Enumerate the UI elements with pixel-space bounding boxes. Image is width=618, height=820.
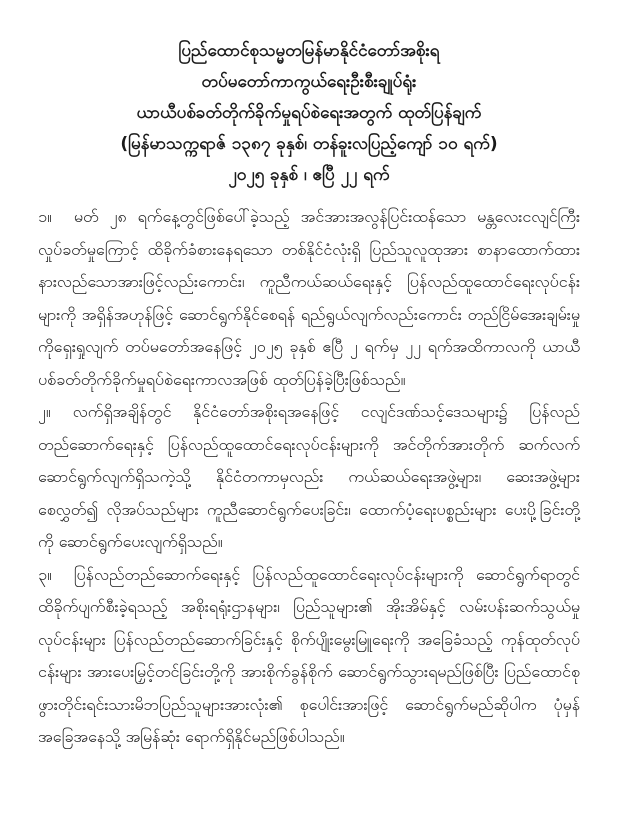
paragraph-2-text: လက်ရှိအချိန်တွင် နိုင်ငံတော်အစိုးရအနေဖြင… bbox=[38, 402, 580, 551]
paragraph-3-number: ၃။ bbox=[38, 559, 52, 592]
government-title: ပြည်ထောင်စုသမ္မတမြန်မာနိုင်ငံတော်အစိုးရ bbox=[38, 36, 580, 67]
paragraph-1: ၁။မတ် ၂၈ ရက်နေ့တွင်ဖြစ်ပေါ်ခဲ့သည့် အင်အာ… bbox=[38, 201, 580, 396]
paragraph-3: ၃။ပြန်လည်တည်ဆောက်ရေးနှင့် ပြန်လည်ထူထောင်… bbox=[38, 559, 580, 754]
office-title: တပ်မတော်ကာကွယ်ရေးဦးစီးချုပ်ရုံး bbox=[38, 67, 580, 98]
paragraph-3-text: ပြန်လည်တည်ဆောက်ရေးနှင့် ပြန်လည်ထူထောင်ရေ… bbox=[38, 565, 580, 747]
paragraph-2: ၂။လက်ရှိအချိန်တွင် နိုင်ငံတော်အစိုးရအနေဖ… bbox=[38, 396, 580, 559]
document-page: ပြည်ထောင်စုသမ္မတမြန်မာနိုင်ငံတော်အစိုးရ … bbox=[0, 0, 618, 820]
paragraph-1-number: ၁။ bbox=[38, 201, 52, 234]
myanmar-calendar-date: (မြန်မာသက္ကရာဇ် ၁၃၈၇ ခုနှစ်၊ တန်ခူးလပြည့… bbox=[38, 129, 580, 160]
document-body: ၁။မတ် ၂၈ ရက်နေ့တွင်ဖြစ်ပေါ်ခဲ့သည့် အင်အာ… bbox=[38, 201, 580, 754]
paragraph-1-text: မတ် ၂၈ ရက်နေ့တွင်ဖြစ်ပေါ်ခဲ့သည့် အင်အားအ… bbox=[38, 207, 580, 389]
gregorian-date: ၂၀၂၅ ခုနှစ် ၊ ဧပြီ ၂၂ ရက် bbox=[38, 160, 580, 191]
paragraph-2-number: ၂။ bbox=[38, 396, 51, 429]
document-header: ပြည်ထောင်စုသမ္မတမြန်မာနိုင်ငံတော်အစိုးရ … bbox=[38, 36, 580, 191]
announcement-title: ယာယီပစ်ခတ်တိုက်ခိုက်မှုရပ်စဲရေးအတွက် ထုတ… bbox=[38, 98, 580, 129]
